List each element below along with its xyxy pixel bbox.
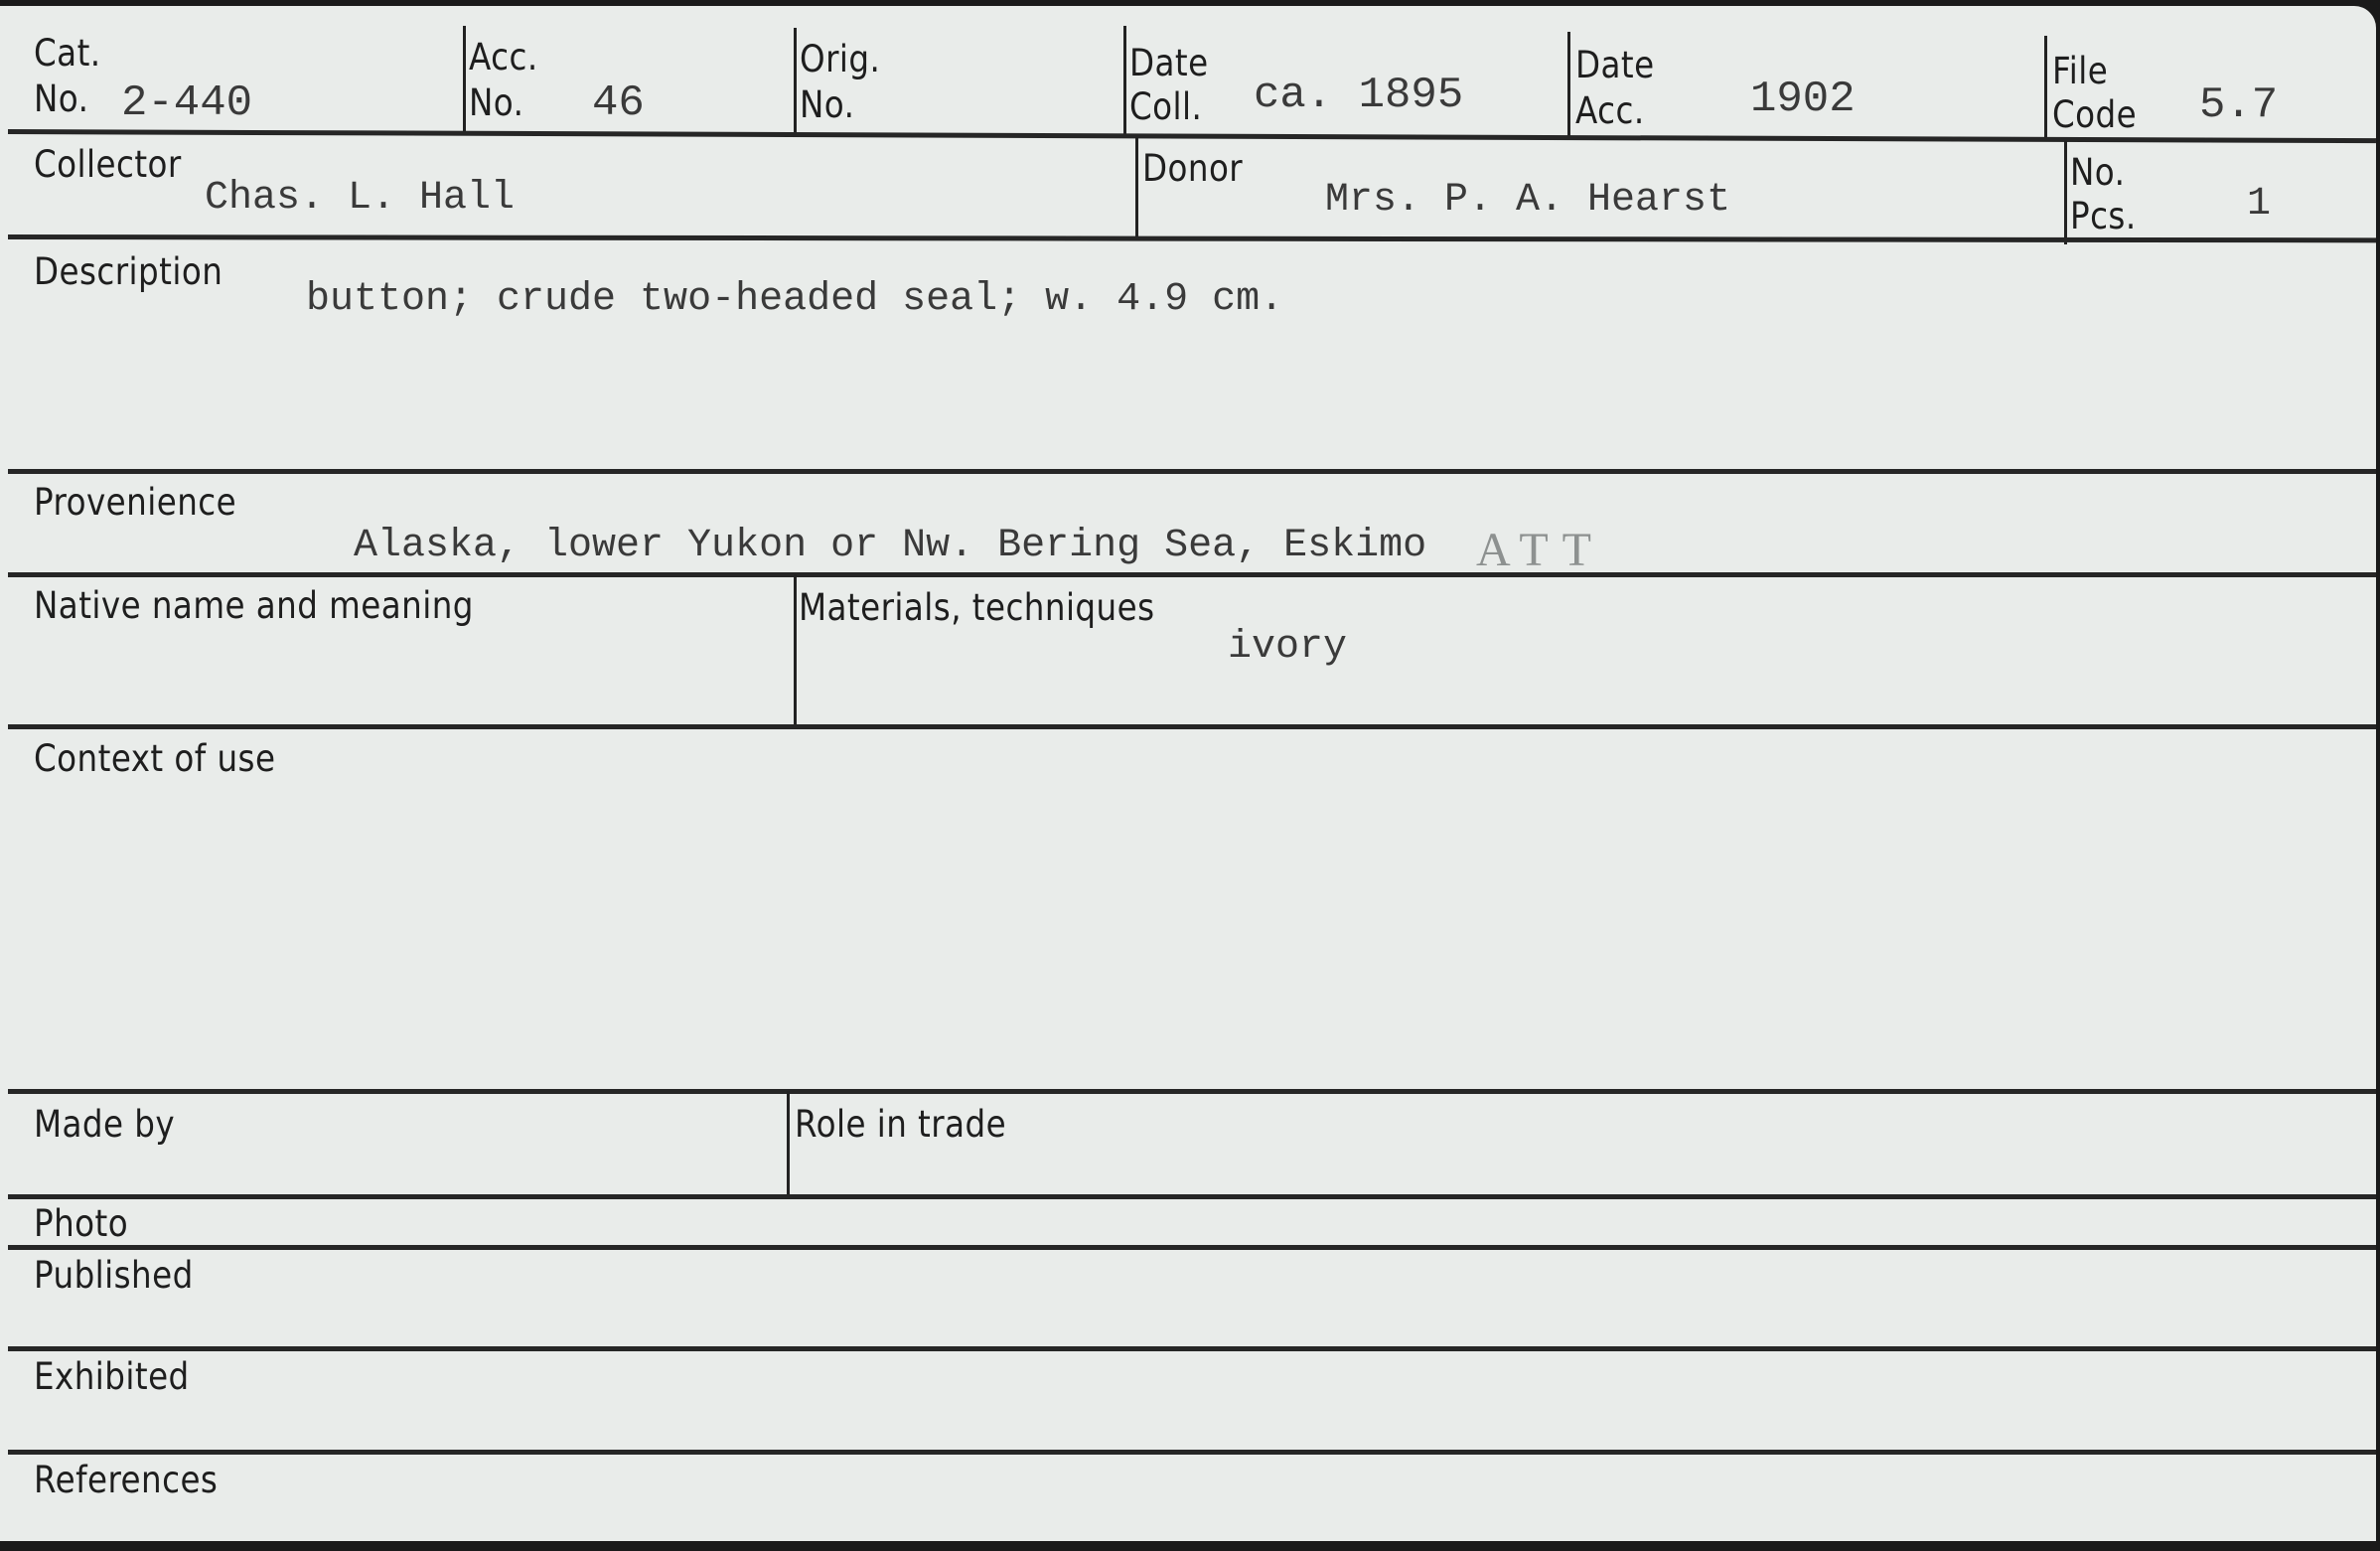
divider <box>2044 36 2047 139</box>
date-acc-label-2: Acc. <box>1575 89 1645 133</box>
rule <box>8 1450 2376 1455</box>
divider <box>794 574 797 725</box>
context-label: Context of use <box>34 737 275 781</box>
file-code-label-1: File <box>2052 50 2108 93</box>
cat-label-2: No. <box>34 78 88 121</box>
date-acc-label-1: Date <box>1575 44 1655 87</box>
orig-label-1: Orig. <box>800 38 880 81</box>
role-in-trade-label: Role in trade <box>795 1103 1006 1147</box>
rule <box>8 129 2376 143</box>
file-code-label-2: Code <box>2052 93 2137 137</box>
materials-label: Materials, techniques <box>799 586 1155 630</box>
collector-value: Chas. L. Hall <box>205 175 515 223</box>
native-name-label: Native name and meaning <box>34 584 474 628</box>
cat-no-value: 2-440 <box>121 79 252 127</box>
donor-value: Mrs. P. A. Hearst <box>1325 177 1730 225</box>
made-by-label: Made by <box>34 1103 175 1147</box>
donor-label: Donor <box>1142 147 1243 191</box>
divider <box>794 28 797 133</box>
no-pcs-label-1: No. <box>2070 151 2125 195</box>
orig-label-2: No. <box>800 83 854 127</box>
no-pcs-value: 1 <box>2247 181 2271 229</box>
rule <box>8 1346 2376 1351</box>
date-coll-value: ca. 1895 <box>1254 72 1463 119</box>
rule <box>8 1245 2376 1250</box>
divider <box>1123 26 1126 135</box>
date-acc-value: 1902 <box>1750 76 1856 123</box>
rule <box>8 1194 2376 1199</box>
description-label: Description <box>34 250 223 294</box>
rule <box>8 469 2376 474</box>
cat-label-1: Cat. <box>34 32 101 76</box>
provenience-value: Alaska, lower Yukon or Nw. Bering Sea, E… <box>354 523 1426 570</box>
exhibited-label: Exhibited <box>34 1355 190 1399</box>
description-value: button; crude two-headed seal; w. 4.9 cm… <box>306 276 1283 324</box>
photo-label: Photo <box>34 1202 128 1246</box>
divider <box>463 26 466 131</box>
date-coll-label-1: Date <box>1129 42 1209 85</box>
catalog-card: Cat. No. 2-440 Acc. No. 46 Orig. No. Dat… <box>0 6 2376 1541</box>
provenience-label: Provenience <box>34 481 236 525</box>
rule <box>8 234 2376 242</box>
acc-label-2: No. <box>469 81 523 125</box>
divider <box>1567 32 1570 137</box>
acc-label-1: Acc. <box>469 36 538 79</box>
date-coll-label-2: Coll. <box>1129 85 1202 129</box>
divider <box>1135 137 1138 240</box>
file-code-value: 5.7 <box>2199 81 2278 129</box>
rule <box>8 724 2376 729</box>
materials-value: ivory <box>1228 624 1347 672</box>
divider <box>2064 141 2067 244</box>
rule <box>8 1089 2376 1094</box>
att-stamp: ATT <box>1476 523 1605 577</box>
collector-label: Collector <box>34 143 182 187</box>
published-label: Published <box>34 1254 194 1298</box>
no-pcs-label-2: Pcs. <box>2070 195 2137 238</box>
references-label: References <box>34 1459 218 1502</box>
rule <box>8 572 2376 577</box>
acc-no-value: 46 <box>592 79 645 127</box>
divider <box>787 1091 790 1194</box>
